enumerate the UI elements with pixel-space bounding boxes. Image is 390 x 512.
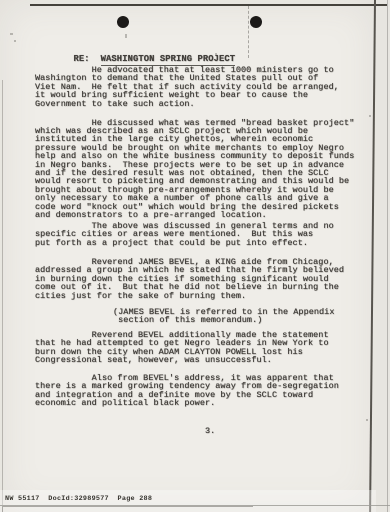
page-top-edge-line	[30, 4, 388, 6]
scan-edge-line	[387, 0, 388, 512]
footer-box-outline	[2, 506, 253, 512]
paragraph-appendix-note: (JAMES BEVEL is referred to in the Appen…	[113, 308, 335, 325]
crease-line	[248, 6, 249, 58]
archive-stamp: NW 55117 DocId:32989577 Page 288	[5, 495, 152, 503]
page-left-edge-line	[2, 80, 3, 505]
scanned-document-page: RE:WASHINGTON SPRING PROJECT He advocate…	[0, 0, 390, 512]
scan-speck	[369, 115, 371, 117]
scan-speck	[215, 53, 217, 55]
page-number: 3.	[205, 426, 215, 436]
paragraph-black-power: Also from BEVEL's address, it was appare…	[35, 374, 339, 408]
paragraph-bevel-statement: Reverend BEVEL additionally made the sta…	[35, 331, 329, 365]
paragraph-james-bevel: Reverend JAMES BEVEL, a KING aide from C…	[35, 258, 344, 300]
paragraph-ministers-vietnam: He advocated that at least 1000 minister…	[35, 66, 339, 108]
scan-speck	[10, 33, 13, 35]
re-label: RE:	[74, 54, 90, 64]
hole-punch-right	[250, 16, 262, 28]
paragraph-bread-basket-project: He discussed what was termed "bread bask…	[35, 119, 354, 220]
scan-speck	[125, 34, 127, 38]
hole-punch-left	[117, 16, 129, 28]
scan-speck	[366, 419, 368, 421]
paragraph-general-terms: The above was discussed in general terms…	[35, 222, 334, 247]
scan-speck	[14, 40, 16, 42]
